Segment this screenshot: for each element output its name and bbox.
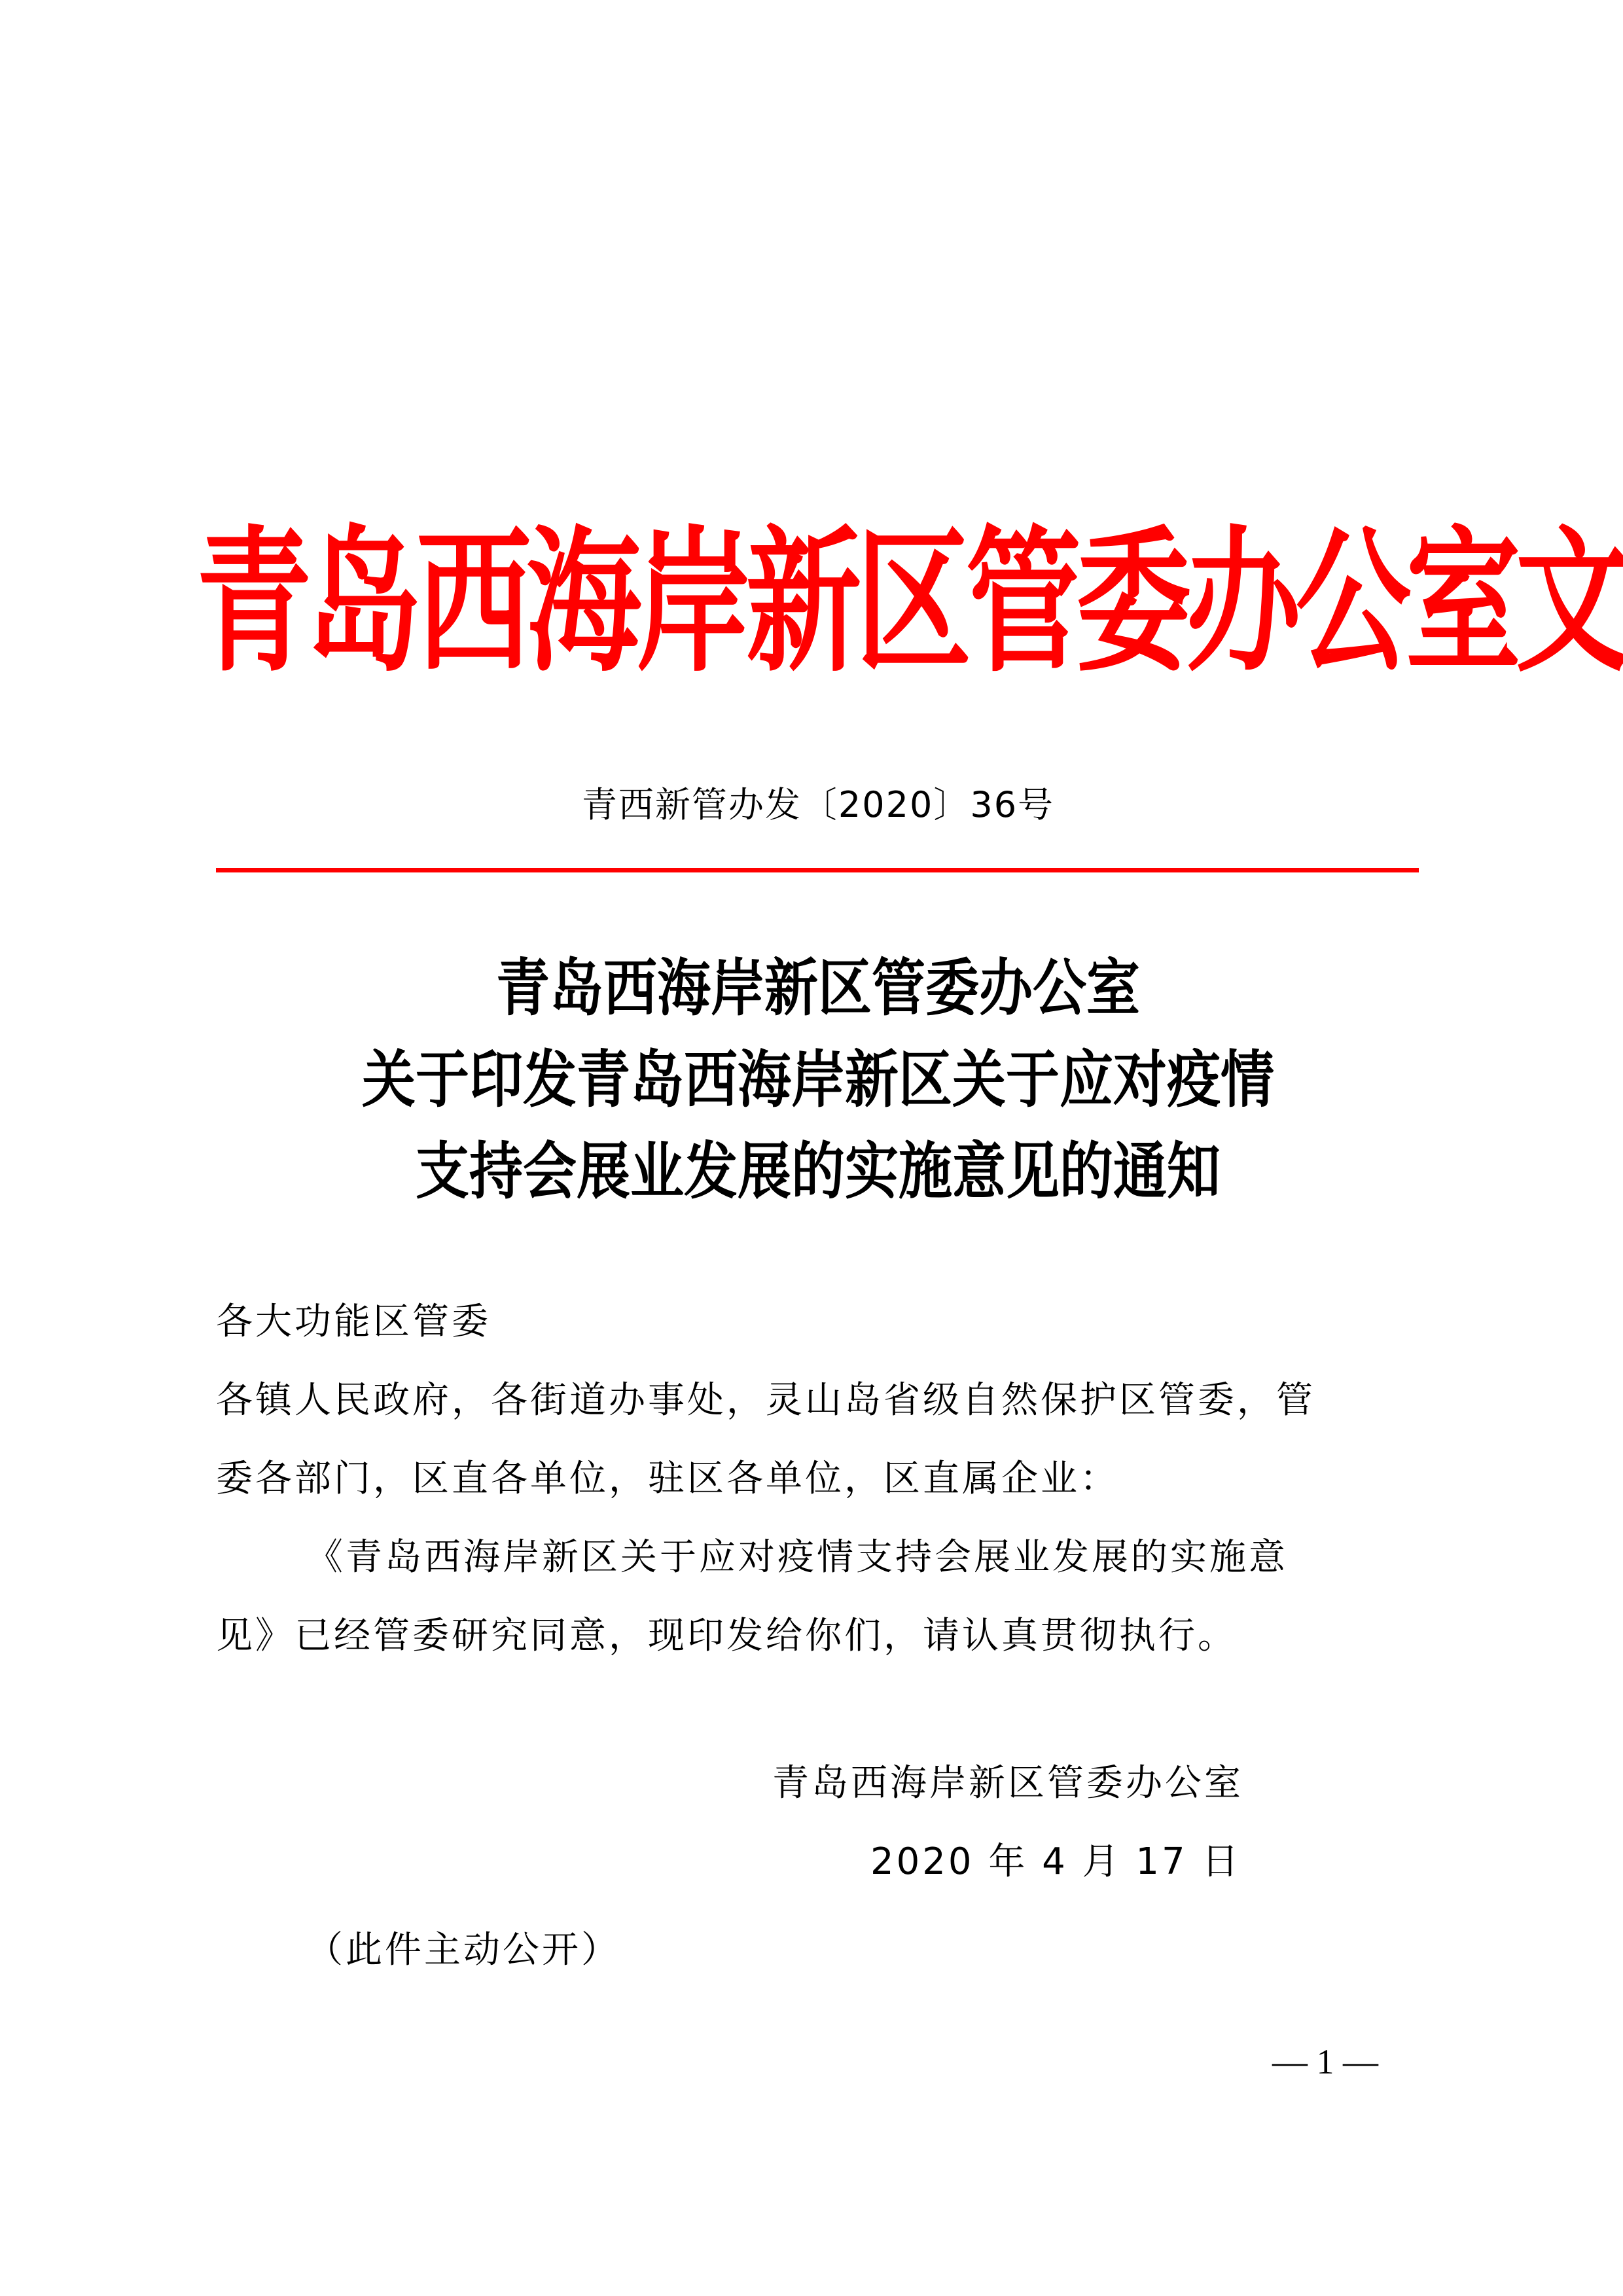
document-title-line-2: 关于印发青岛西海岸新区关于应对疫情 — [196, 1035, 1440, 1125]
addressee-line-3: 委各部门，区直各单位，驻区各单位，区直属企业： — [216, 1450, 1119, 1509]
page-number: — 1 — — [1250, 2036, 1400, 2088]
document-title-line-3: 支持会展业发展的实施意见的通知 — [196, 1126, 1440, 1217]
body-paragraph-line-1: 《青岛西海岸新区关于应对疫情支持会展业发展的实施意 — [306, 1528, 1288, 1587]
body-paragraph-line-2: 见》已经管委研究同意，现印发给你们，请认真贯彻执行。 — [216, 1607, 1237, 1666]
addressee-line-2: 各镇人民政府，各街道办事处，灵山岛省级自然保护区管委，管 — [216, 1371, 1315, 1430]
signature-organization: 青岛西海岸新区管委办公室 — [772, 1754, 1243, 1813]
issuer-banner: 青岛西海岸新区管委办公室文件 — [196, 470, 1440, 735]
red-divider-rule — [216, 868, 1419, 872]
disclosure-note: （此件主动公开） — [306, 1921, 620, 1980]
addressee-line-1: 各大功能区管委 — [216, 1293, 491, 1352]
document-number: 青西新管办发〔2020〕36号 — [196, 779, 1440, 831]
document-title-line-1: 青岛西海岸新区管委办公室 — [196, 943, 1440, 1033]
signature-date: 2020 年 4 月 17 日 — [870, 1833, 1241, 1892]
